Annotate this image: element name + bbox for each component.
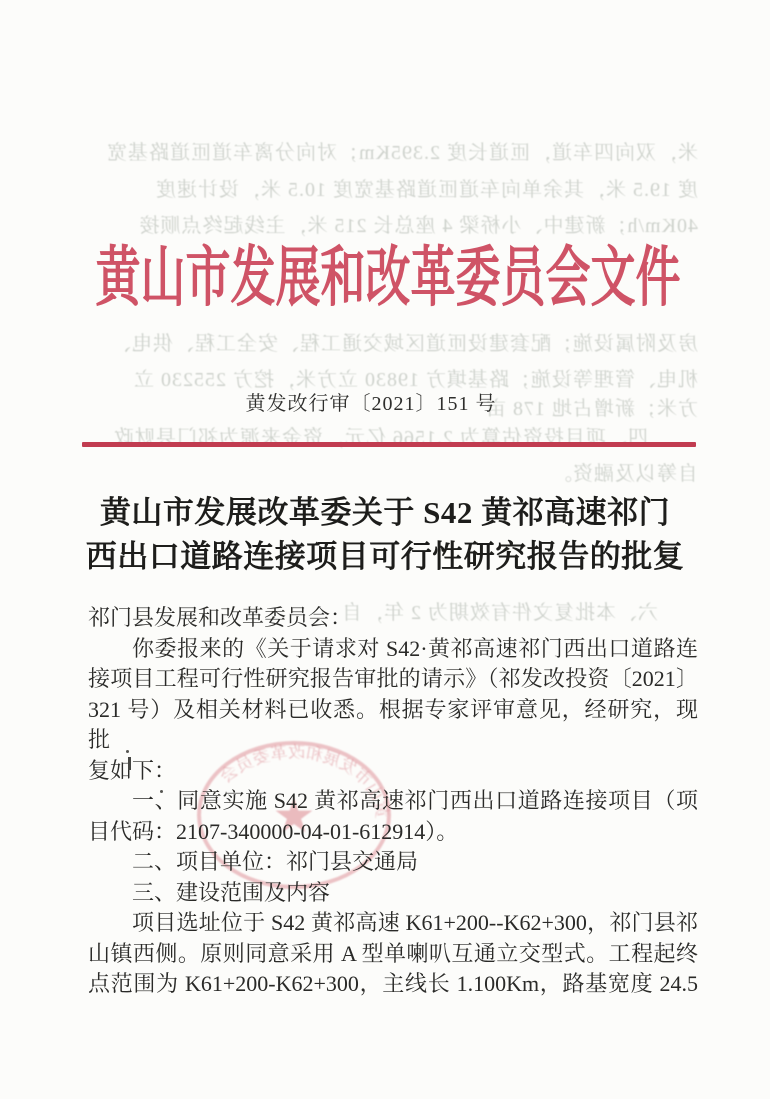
scanned-document-page: 米，双向四车道，匝道长度 2.395Km；对向分离车道匝道路基宽 度 19.5 … (0, 0, 770, 1099)
body-line-item-2: 二、项目单位：祁门县交通局 (88, 847, 698, 878)
body-line: 321 号）及相关材料已收悉。根据专家评审意见，经研究，现批 (88, 695, 698, 756)
bleedthrough-line: 房及附属设施；配套建设匝道区域交通工程、安全工程、供电、 (74, 327, 698, 356)
body-line: 山镇西侧。原则同意采用 A 型单喇叭互通立交型式。工程起终 (88, 939, 698, 970)
body-line-item-3: 三、建设范围及内容 (88, 878, 698, 909)
document-title-line1: 黄山市发展改革委关于 S42 黄祁高速祁门 (0, 491, 770, 535)
ink-mark-artifact (128, 757, 131, 770)
letterhead-org-title: 黄山市发展和改革委员会文件 (3, 224, 770, 318)
ink-dot-artifact (126, 750, 129, 753)
document-body: 祁门县发展和改革委员会： 你委报来的《关于请求对 S42·黄祁高速祁门西出口道路… (88, 603, 698, 1000)
bleedthrough-line: 度 19.5 米，其余单向车道匝道路基宽度 10.5 米，设计速度 (74, 173, 698, 202)
body-line: 项目选址位于 S42 黄祁高速 K61+200--K62+300，祁门县祁 (88, 908, 698, 939)
body-line: 接项目工程可行性研究报告审批的请示》（祁发改投资〔2021〕 (88, 664, 698, 695)
red-divider-rule (82, 442, 696, 447)
body-line-item-1: 一、同意实施 S42 黄祁高速祁门西出口道路连接项目（项 (88, 786, 698, 817)
body-line: 点范围为 K61+200-K62+300，主线长 1.100Km，路基宽度 24… (88, 969, 698, 1000)
body-line: 你委报来的《关于请求对 S42·黄祁高速祁门西出口道路连 (88, 634, 698, 665)
document-number: 黄发改行审〔2021〕151 号 (0, 387, 756, 416)
bleedthrough-line: 自筹以及融资。 (74, 457, 698, 486)
ink-dot-artifact (160, 790, 163, 793)
document-title-line2: 西出口道路连接项目可行性研究报告的批复 (0, 535, 770, 579)
bleedthrough-line: 米，双向四车道，匝道长度 2.395Km；对向分离车道匝道路基宽 (74, 136, 698, 165)
document-title: 黄山市发展改革委关于 S42 黄祁高速祁门 西出口道路连接项目可行性研究报告的批… (0, 491, 770, 579)
body-line: 目代码：2107-340000-04-01-612914）。 (88, 817, 698, 848)
body-line: 复如下： (88, 756, 698, 787)
body-line-salutation: 祁门县发展和改革委员会： (88, 603, 698, 634)
